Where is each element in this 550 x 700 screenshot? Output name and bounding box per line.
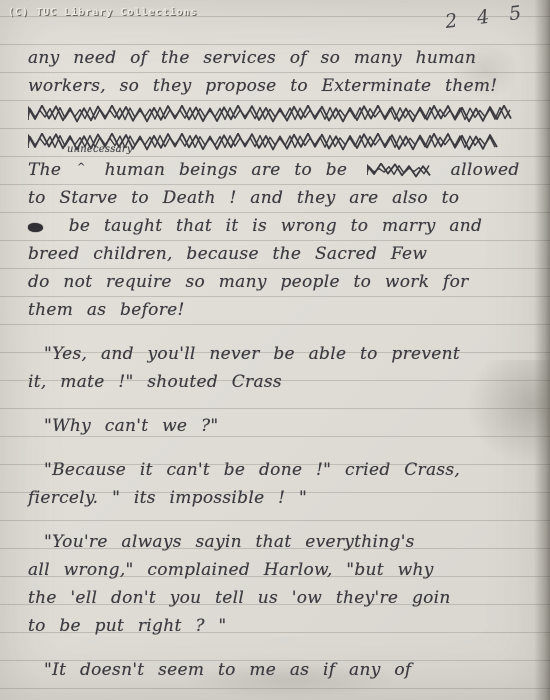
manuscript-line: "Why can't we ?"	[28, 412, 528, 440]
manuscript-line: "It doesn't seem to me as if any of	[28, 656, 528, 684]
scribbled-out-line	[28, 105, 514, 123]
handwriting-text: all wrong," complained Harlow, "but why	[28, 560, 434, 580]
manuscript-line: any need of the services of so many huma…	[28, 44, 528, 72]
manuscript-paragraph: "You're always sayin that everything's a…	[28, 528, 528, 640]
handwriting-text: them as before!	[28, 300, 185, 320]
manuscript-line: to be put right ? "	[28, 612, 528, 640]
manuscript-line: "Because it can't be done !" cried Crass…	[28, 456, 528, 484]
handwriting-text: "You're always sayin that everything's	[44, 532, 415, 552]
manuscript-paragraph: "Because it can't be done !" cried Crass…	[28, 456, 528, 512]
handwriting-text: be taught that it is wrong to marry and	[55, 216, 482, 236]
manuscript-paragraph: any need of the services of so many huma…	[28, 44, 528, 324]
ink-blot	[28, 223, 43, 232]
manuscript-paragraph: "Why can't we ?"	[28, 412, 528, 440]
manuscript-page: (C) TUC Library Collections 2 4 5 any ne…	[0, 0, 550, 700]
handwriting-text: "Because it can't be done !" cried Crass…	[44, 460, 460, 480]
manuscript-line: all wrong," complained Harlow, "but why	[28, 556, 528, 584]
handwriting-text: to be put right ? "	[28, 616, 227, 636]
manuscript-line: "Yes, and you'll never be able to preven…	[28, 340, 528, 368]
handwriting-text: breed children, because the Sacred Few	[28, 244, 427, 264]
manuscript-line: workers, so they propose to Exterminate …	[28, 72, 528, 100]
manuscript-paragraph: "It doesn't seem to me as if any of	[28, 656, 528, 684]
manuscript-line: the 'ell don't you tell us 'ow they're g…	[28, 584, 528, 612]
handwriting-text: any need of the services of so many huma…	[28, 48, 476, 68]
page-number: 2 4 5	[444, 1, 529, 33]
inserted-word-text: unnecessary	[67, 136, 133, 164]
handwriting-text: "It doesn't seem to me as if any of	[44, 660, 411, 680]
manuscript-line: to Starve to Death ! and they are also t…	[28, 184, 528, 212]
handwriting-text: fiercely. " its impossible ! "	[28, 488, 307, 508]
manuscript-line: "You're always sayin that everything's	[28, 528, 528, 556]
handwriting-text: "Why can't we ?"	[44, 416, 219, 436]
handwriting-text: to Starve to Death ! and they are also t…	[28, 188, 459, 208]
handwritten-text-block: any need of the services of so many huma…	[28, 44, 528, 700]
handwriting-text: allowed	[437, 160, 520, 180]
manuscript-line: do not require so many people to work fo…	[28, 268, 528, 296]
page-edge-shadow	[534, 0, 550, 700]
handwriting-text: it, mate !" shouted Crass	[28, 372, 282, 392]
inserted-word: ^unnecessary	[75, 159, 91, 179]
manuscript-paragraph: "Yes, and you'll never be able to preven…	[28, 340, 528, 396]
manuscript-line	[28, 100, 528, 128]
manuscript-line: them as before!	[28, 296, 528, 324]
handwriting-text: workers, so they propose to Exterminate …	[28, 76, 497, 96]
handwriting-text: do not require so many people to work fo…	[28, 272, 469, 292]
handwriting-text: "Yes, and you'll never be able to preven…	[44, 344, 460, 364]
manuscript-line: breed children, because the Sacred Few	[28, 240, 528, 268]
manuscript-line: be taught that it is wrong to marry and	[28, 212, 528, 240]
scribbled-out-word	[367, 163, 431, 178]
watermark-text: (C) TUC Library Collections	[8, 7, 198, 18]
manuscript-line: it, mate !" shouted Crass	[28, 368, 528, 396]
handwriting-text: the 'ell don't you tell us 'ow they're g…	[28, 588, 451, 608]
manuscript-line: fiercely. " its impossible ! "	[28, 484, 528, 512]
manuscript-line: The ^unnecessary human beings are to be …	[28, 156, 528, 184]
